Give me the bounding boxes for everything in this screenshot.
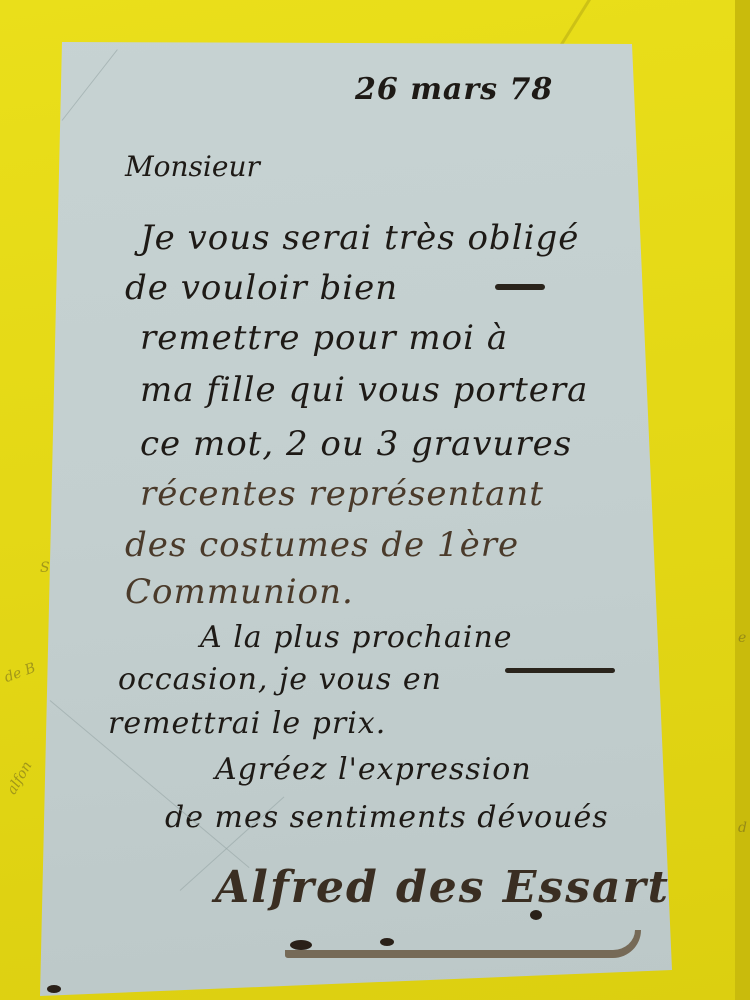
letter-closing-line: de mes sentiments dévoués: [165, 800, 609, 835]
signature-flourish: [285, 930, 641, 958]
ink-blot: [290, 940, 312, 950]
letter-body-line: ce mot, 2 ou 3 gravures: [140, 424, 572, 464]
background-scribble: e: [738, 630, 746, 646]
letter-body-line: récentes représentant: [140, 474, 544, 514]
background-strip: [735, 0, 750, 1000]
letter-body-line: ma fille qui vous portera: [140, 370, 588, 410]
ink-stroke: [505, 668, 615, 673]
letter-date: 26 mars 78: [355, 72, 553, 107]
letter-closing-line: A la plus prochaine: [200, 620, 513, 655]
letter-salutation: Monsieur: [125, 150, 260, 183]
letter-body-line: remettre pour moi à: [140, 318, 508, 358]
letter-closing-line: remettrai le prix.: [108, 706, 386, 741]
ink-blot: [530, 910, 542, 920]
background-scribble: S: [40, 560, 50, 576]
letter-closing-line: occasion, je vous en: [118, 662, 442, 697]
letter-body-line: Je vous serai très obligé: [140, 218, 579, 258]
letter-body-line: Communion.: [125, 572, 354, 612]
ink-stroke: [495, 284, 545, 290]
letter-body-line: de vouloir bien: [125, 268, 398, 308]
ink-blot: [47, 985, 61, 993]
letter-body-line: des costumes de 1ère: [125, 525, 519, 565]
ink-blot: [380, 938, 394, 946]
background-scribble: d: [738, 820, 747, 836]
letter-closing-line: Agréez l'expression: [215, 752, 532, 787]
letter-signature: Alfred des Essarts: [215, 862, 697, 913]
